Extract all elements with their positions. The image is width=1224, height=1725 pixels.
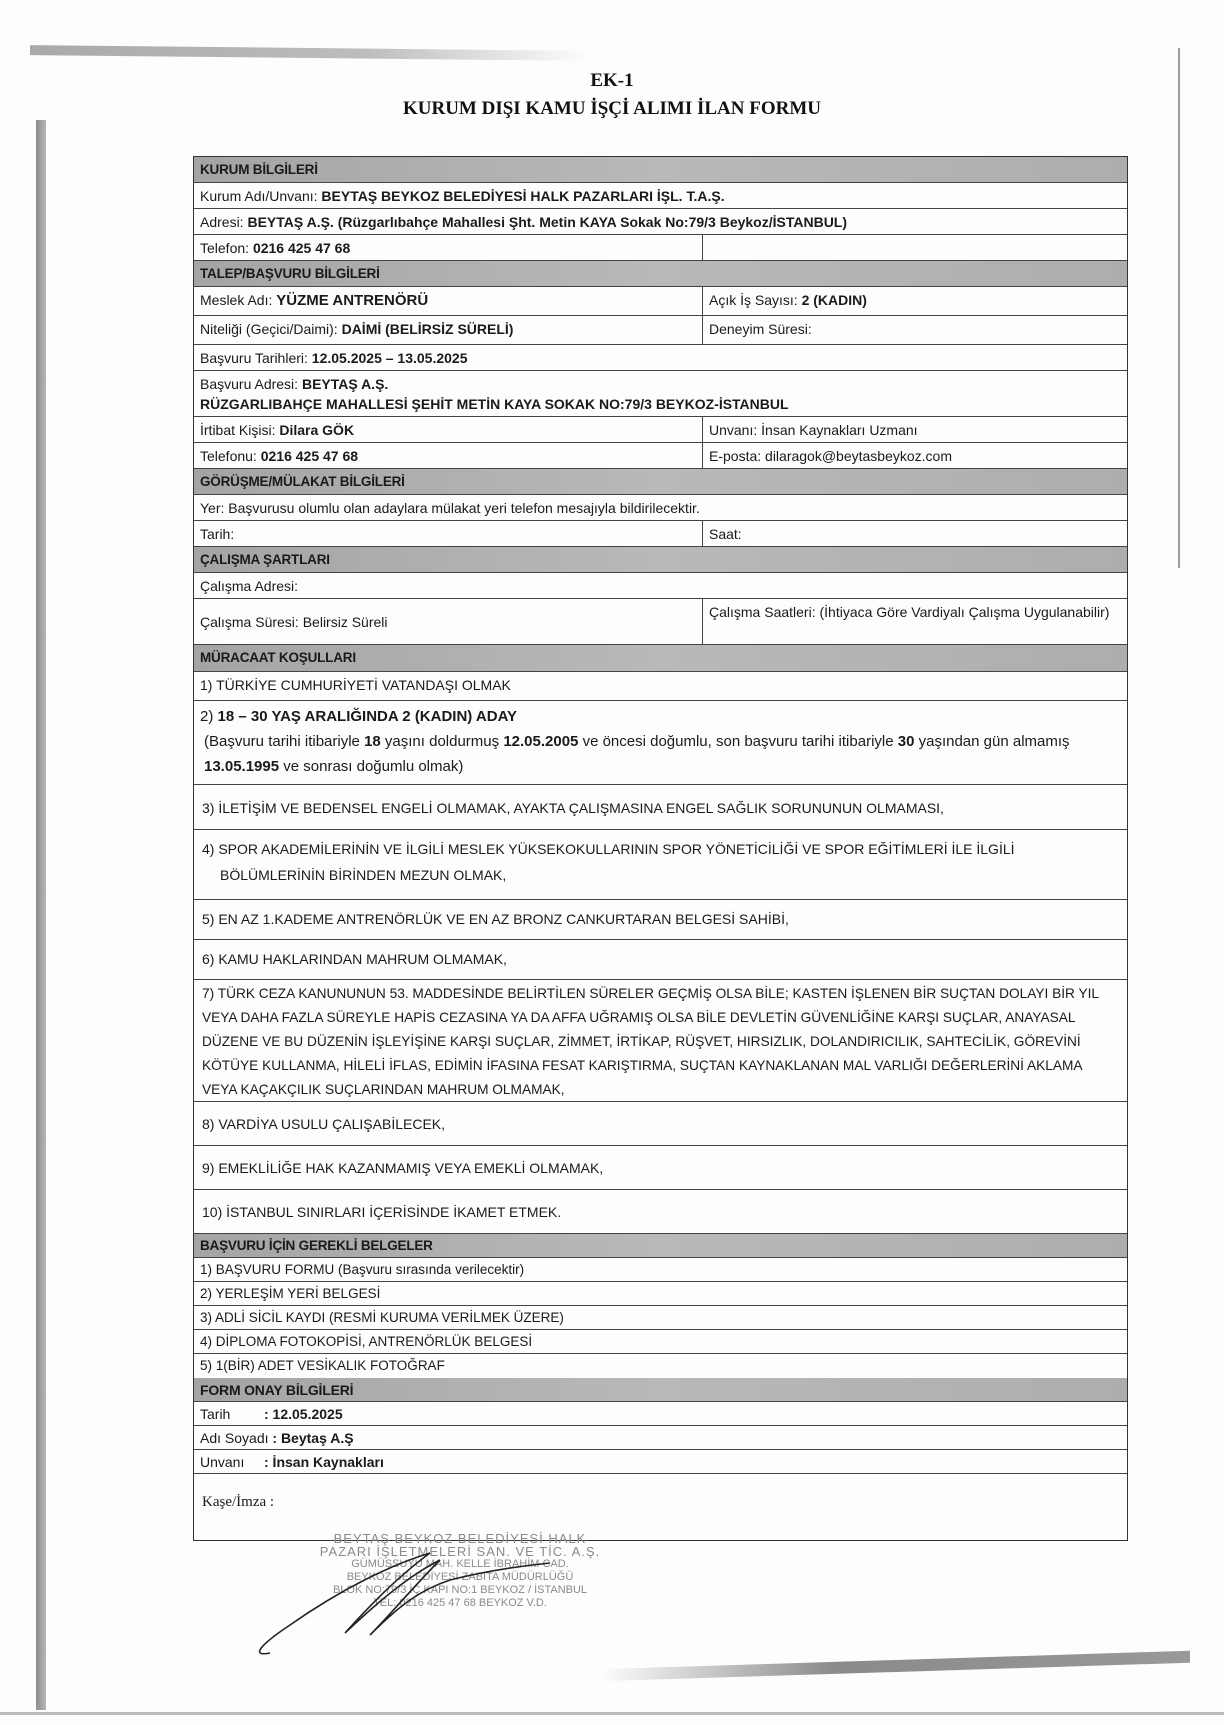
application-dates-row: Başvuru Tarihleri: 12.05.2025 – 13.05.20…	[194, 345, 1127, 371]
institution-address-row: Adresi: BEYTAŞ A.Ş. (Rüzgarlıbahçe Mahal…	[194, 209, 1127, 235]
age-range: 18 – 30 YAŞ ARALIĞINDA 2 (KADIN) ADAY	[218, 708, 518, 725]
requirement-item: 9) EMEKLİLİĞE HAK KAZANMAMIŞ VEYA EMEKLİ…	[194, 1146, 1127, 1190]
signature-label: Kaşe/İmza :	[202, 1492, 274, 1512]
institution-phone-label: Telefon:	[200, 240, 249, 256]
institution-name-label: Kurum Adı/Unvanı:	[200, 188, 318, 204]
contact-title-label: Unvanı:	[709, 422, 757, 438]
email-label: E-posta:	[709, 448, 761, 464]
contact-phone-label: Telefonu:	[200, 448, 257, 464]
approval-date-label: Tarih	[200, 1404, 264, 1424]
scan-edge-bottom	[600, 1651, 1190, 1682]
profession-row: Meslek Adı: YÜZME ANTRENÖRÜ Açık İş Sayı…	[194, 287, 1127, 316]
work-address-row: Çalışma Adresi:	[194, 573, 1127, 599]
approval-name-label: Adı Soyadı	[200, 1430, 269, 1446]
work-address-label: Çalışma Adresi:	[194, 573, 1127, 598]
institution-address-value: (Rüzgarlıbahçe Mahallesi Şht. Metin KAYA…	[338, 214, 847, 230]
profession-label: Meslek Adı:	[200, 292, 272, 308]
institution-address-label: Adresi:	[200, 214, 244, 230]
page-title: KURUM DIŞI KAMU İŞÇİ ALIMI İLAN FORMU	[0, 98, 1224, 120]
announcement-form: KURUM BİLGİLERİ Kurum Adı/Unvanı: BEYTAŞ…	[193, 156, 1128, 1541]
contact-phone-row: Telefonu: 0216 425 47 68 E-posta: dilara…	[194, 443, 1127, 469]
application-address-line2: RÜZGARLIBAHÇE MAHALLESİ ŞEHİT METİN KAYA…	[200, 396, 789, 412]
requirement-item: 4) SPOR AKADEMİLERİNİN VE İLGİLİ MESLEK …	[194, 830, 1127, 900]
approval-title-row: Unvanı: İnsan Kaynakları	[194, 1450, 1127, 1474]
open-positions-label: Açık İş Sayısı:	[709, 292, 798, 308]
institution-phone-value: 0216 425 47 68	[253, 240, 350, 256]
work-duration-label: Çalışma Süresi:	[200, 612, 299, 632]
institution-address-bold: BEYTAŞ A.Ş.	[247, 214, 333, 230]
section-header-institution: KURUM BİLGİLERİ	[194, 157, 1127, 183]
open-positions-value: 2 (KADIN)	[802, 292, 867, 308]
application-address-row: Başvuru Adresi: BEYTAŞ A.Ş. RÜZGARLIBAHÇ…	[194, 371, 1127, 417]
institution-phone-row: Telefon: 0216 425 47 68	[194, 235, 1127, 261]
contact-label: İrtibat Kişisi:	[200, 422, 275, 438]
requirement-item-age: 2) 18 – 30 YAŞ ARALIĞINDA 2 (KADIN) ADAY…	[194, 701, 1127, 785]
interview-date-label: Tarih:	[194, 521, 703, 546]
section-header-work-conditions: ÇALIŞMA ŞARTLARI	[194, 547, 1127, 573]
approval-date-value: : 12.05.2025	[264, 1406, 343, 1422]
document-item: 3) ADLİ SİCİL KAYDI (RESMİ KURUMA VERİLM…	[194, 1306, 1127, 1330]
scan-edge-top	[30, 45, 590, 61]
scan-edge-bottom-line	[0, 1712, 1224, 1715]
approval-name-value: : Beytaş A.Ş	[272, 1430, 353, 1446]
section-header-approval: FORM ONAY BİLGİLERİ	[194, 1378, 1127, 1402]
application-dates-label: Başvuru Tarihleri:	[200, 350, 308, 366]
requirement-item: 3) İLETİŞİM VE BEDENSEL ENGELİ OLMAMAK, …	[194, 785, 1127, 830]
section-header-documents: BAŞVURU İÇİN GEREKLİ BELGELER	[194, 1234, 1127, 1258]
section-header-application: TALEP/BAŞVURU BİLGİLERİ	[194, 261, 1127, 287]
institution-name-row: Kurum Adı/Unvanı: BEYTAŞ BEYKOZ BELEDİYE…	[194, 183, 1127, 209]
requirement-item: 10) İSTANBUL SINIRLARI İÇERİSİNDE İKAMET…	[194, 1190, 1127, 1234]
experience-label: Deneyim Süresi:	[709, 321, 812, 337]
approval-name-row: Adı Soyadı : Beytaş A.Ş	[194, 1426, 1127, 1450]
interview-datetime-row: Tarih: Saat:	[194, 521, 1127, 547]
institution-name-value: BEYTAŞ BEYKOZ BELEDİYESİ HALK PAZARLARI …	[321, 188, 724, 204]
interview-time-label: Saat:	[703, 521, 1127, 546]
work-duration-value: Belirsiz Süreli	[303, 612, 388, 632]
scan-edge-left	[36, 120, 46, 1710]
work-hours-value: (İhtiyaca Göre Vardiyalı Çalışma Uygulan…	[819, 604, 1109, 620]
contact-phone-value: 0216 425 47 68	[261, 448, 358, 464]
application-address-value: BEYTAŞ A.Ş.	[302, 376, 388, 392]
interview-place-row: Yer: Başvurusu olumlu olan adaylara müla…	[194, 495, 1127, 521]
requirement-item: 8) VARDİYA USULU ÇALIŞABİLECEK,	[194, 1102, 1127, 1146]
signature-icon	[230, 1545, 570, 1665]
nature-value: DAİMİ (BELİRSİZ SÜRELİ)	[342, 321, 514, 337]
work-hours-label: Çalışma Saatleri:	[709, 604, 816, 620]
requirement-item: 1) TÜRKİYE CUMHURİYETİ VATANDAŞI OLMAK	[194, 672, 1127, 701]
requirement-item: 7) TÜRK CEZA KANUNUNUN 53. MADDESİNDE BE…	[194, 980, 1127, 1102]
document-item: 1) BAŞVURU FORMU (Başvuru sırasında veri…	[194, 1258, 1127, 1282]
annex-label: EK-1	[0, 70, 1224, 92]
requirement-item: 6) KAMU HAKLARINDAN MAHRUM OLMAMAK,	[194, 940, 1127, 980]
nature-row: Niteliği (Geçici/Daimi): DAİMİ (BELİRSİZ…	[194, 316, 1127, 345]
email-value[interactable]: dilaragok@beytasbeykoz.com	[765, 448, 952, 464]
approval-title-label: Unvanı	[200, 1452, 264, 1472]
application-address-label: Başvuru Adresi:	[200, 376, 298, 392]
empty-cell	[703, 235, 1127, 260]
work-duration-row: Çalışma Süresi: Belirsiz Süreli Çalışma …	[194, 599, 1127, 645]
application-dates-value: 12.05.2025 – 13.05.2025	[312, 350, 468, 366]
contact-value: Dilara GÖK	[279, 422, 354, 438]
interview-place-value: Başvurusu olumlu olan adaylara mülakat y…	[228, 500, 700, 516]
scan-edge-right	[1178, 48, 1180, 568]
approval-date-row: Tarih: 12.05.2025	[194, 1402, 1127, 1426]
interview-place-label: Yer:	[200, 500, 224, 516]
contact-title-value: İnsan Kaynakları Uzmanı	[761, 422, 917, 438]
requirement-item: 5) EN AZ 1.KADEME ANTRENÖRLÜK VE EN AZ B…	[194, 900, 1127, 940]
document-item: 5) 1(BİR) ADET VESİKALIK FOTOĞRAF	[194, 1354, 1127, 1378]
section-header-requirements: MÜRACAAT KOŞULLARI	[194, 645, 1127, 672]
profession-value: YÜZME ANTRENÖRÜ	[276, 292, 428, 309]
document-item: 2) YERLEŞİM YERİ BELGESİ	[194, 1282, 1127, 1306]
section-header-interview: GÖRÜŞME/MÜLAKAT BİLGİLERİ	[194, 469, 1127, 495]
nature-label: Niteliği (Geçici/Daimi):	[200, 321, 338, 337]
document-item: 4) DİPLOMA FOTOKOPİSİ, ANTRENÖRLÜK BELGE…	[194, 1330, 1127, 1354]
approval-title-value: : İnsan Kaynakları	[264, 1454, 384, 1470]
contact-row: İrtibat Kişisi: Dilara GÖK Unvanı: İnsan…	[194, 417, 1127, 443]
